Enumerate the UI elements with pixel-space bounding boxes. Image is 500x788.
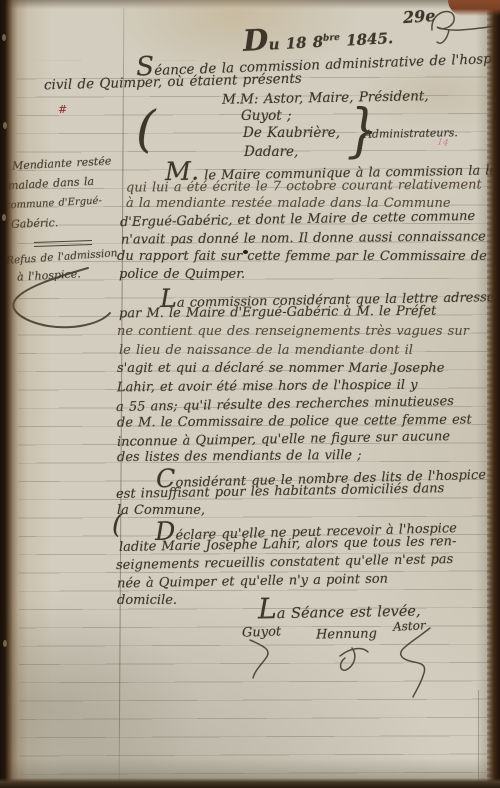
pink-pencil-mark: 14 <box>436 138 449 149</box>
closing-line: La Séance est levée, <box>258 597 421 622</box>
body-line: de M. le Commissaire de police que cette… <box>117 413 472 429</box>
attendees-presider: M.M: Astor, Maire, Président, <box>222 90 429 107</box>
body-line: des listes des mendiants de la ville ; <box>117 449 362 464</box>
top-right-cover-corner <box>448 0 500 16</box>
date-suffix: 1845. <box>339 29 393 50</box>
attendee-name: Guyot ; <box>241 110 292 124</box>
date-superscript: bre <box>323 33 340 44</box>
margin-red-hash-mark: # <box>58 104 67 115</box>
body-line: s'agit et qui a déclaré se nommer Marie … <box>117 362 444 375</box>
page-stack-edge <box>487 0 500 788</box>
ink-blot <box>243 250 248 254</box>
signature: Guyot <box>242 625 282 639</box>
manuscript-page: 29e Du 18 8bre 1845. Séance de la commis… <box>0 0 500 788</box>
attendees-open-flourish: ( <box>136 104 156 154</box>
margin-note-line: à l'hospice. <box>17 268 81 282</box>
signature: Astor <box>393 619 426 633</box>
binding-stitch <box>3 122 7 129</box>
body-line: domicile. <box>117 594 177 607</box>
binding-stitch <box>2 214 6 221</box>
declare-paren: ( <box>112 512 122 538</box>
body-line: du rapport fait sur cette femme par le C… <box>117 250 487 263</box>
body-line: Lahir, et avoir été mise hors de l'hospi… <box>117 379 418 395</box>
body-line: n'avait pas donné le nom. Il donne aussi… <box>121 230 486 246</box>
body-line: qui lui a été écrite le 7 octobre couran… <box>126 178 482 194</box>
page-crease-line <box>478 690 479 782</box>
binding-stitch <box>3 640 7 647</box>
body-line: à la mendiante restée malade dans la Com… <box>126 197 451 210</box>
body-line: par M. le Maire d'Ergué-Gabéric à M. le … <box>119 305 436 321</box>
signature: Hennung <box>316 627 377 641</box>
attendee-name: Dadare, <box>244 146 298 160</box>
body-line: ne contient que des renseignements très … <box>117 325 469 338</box>
bottom-edge-shadow <box>0 778 500 788</box>
book-binding-edge <box>0 0 18 788</box>
body-line: le lieu de naissance de la mendiante don… <box>119 344 413 357</box>
binding-stitch <box>2 34 6 41</box>
attendee-name: De Kaubrière, <box>243 127 340 141</box>
body-line: police de Quimper. <box>119 268 245 281</box>
page-number: 29e <box>402 8 435 26</box>
